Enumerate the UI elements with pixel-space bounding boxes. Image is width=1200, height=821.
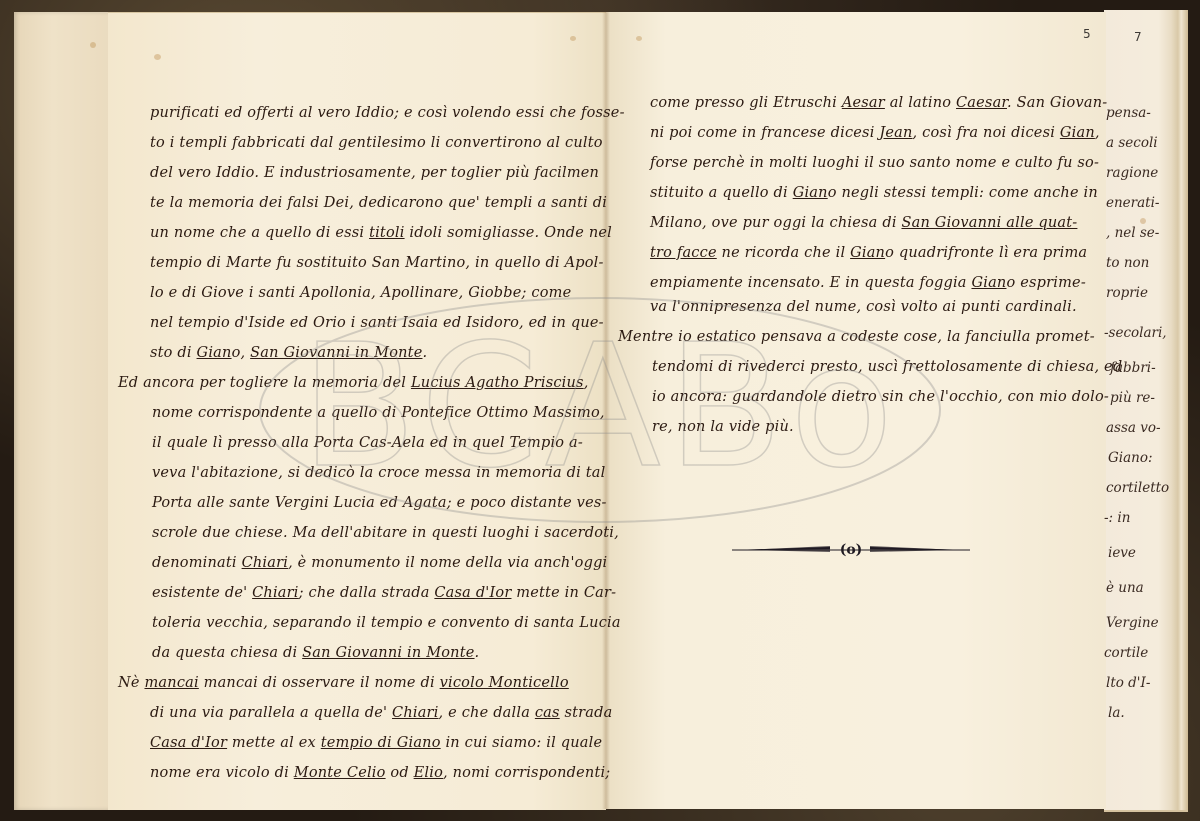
right-page-text-line: tro facce ne ricorda che il Giano quadri…: [650, 245, 1087, 261]
underlay-page-text-line: più re-: [1110, 390, 1155, 406]
foxing-stain: [1140, 218, 1146, 224]
folio-number-right: 7: [1134, 30, 1142, 44]
left-page-text-line: nome era vicolo di Monte Celio od Elio, …: [150, 765, 610, 781]
folio-number-left: 5: [1083, 27, 1091, 41]
underlay-page-text-line: , nel se-: [1106, 225, 1159, 241]
left-page-text-line: te la memoria dei falsi Dei, dedicarono …: [150, 195, 607, 211]
right-page-text-line: Mentre io estatico pensava a codeste cos…: [618, 329, 1095, 345]
right-page-text-line: io ancora: guardandole dietro sin che l'…: [652, 389, 1109, 405]
underlay-page-text-line: Giano:: [1108, 450, 1153, 466]
left-page-text-line: nome corrispondente a quello di Pontefic…: [152, 405, 605, 421]
foxing-stain: [154, 54, 161, 60]
left-page-text-line: purificati ed offerti al vero Iddio; e c…: [150, 105, 625, 121]
underlay-page-text-line: lto d'I-: [1106, 675, 1150, 691]
left-page-text-line: sto di Giano, San Giovanni in Monte.: [150, 345, 427, 361]
right-page-text-line: va l'onnipresenza del nume, così volto a…: [650, 299, 1077, 315]
right-page-text-line: ni poi come in francese dicesi Jean, cos…: [650, 125, 1100, 141]
left-page-text-line: del vero Iddio. E industriosamente, per …: [150, 165, 599, 181]
underlay-page-text-line: cortile: [1104, 645, 1148, 661]
left-page-text-line: lo e di Giove i santi Apollonia, Apollin…: [150, 285, 571, 301]
ornament-center-glyph: (o): [840, 542, 863, 558]
right-page-text-line: empiamente incensato. E in questa foggia…: [650, 275, 1086, 291]
left-page-text-line: un nome che a quello di essi titoli idol…: [150, 225, 612, 241]
underlay-page-text-line: assa vo-: [1106, 420, 1161, 436]
left-page-text-line: Casa d'Ior mette al ex tempio di Giano i…: [150, 735, 602, 751]
underlay-page-text-line: è una: [1106, 580, 1144, 596]
underlay-page-text-line: Vergine: [1106, 615, 1159, 631]
right-page-text-line: come presso gli Etruschi Aesar al latino…: [650, 95, 1107, 111]
underlay-page-text-line: cortiletto: [1106, 480, 1169, 496]
right-page-text-line: forse perchè in molti luoghi il suo sant…: [650, 155, 1099, 171]
foxing-stain: [570, 36, 576, 41]
right-page-text-line: stituito a quello di Giano negli stessi …: [650, 185, 1098, 201]
underlay-page-text-line: la.: [1108, 705, 1125, 721]
right-page-text-line: tendomi di rivederci presto, uscì fretto…: [652, 359, 1122, 375]
underlay-page-text-line: to non: [1106, 255, 1149, 271]
underlay-page-text-line: ragione: [1106, 165, 1158, 181]
left-page-text-line: tempio di Marte fu sostituito San Martin…: [150, 255, 604, 271]
left-page-text-line: denominati Chiari, è monumento il nome d…: [152, 555, 607, 571]
flyleaf: [14, 12, 111, 810]
underlay-page-text-line: a secoli: [1106, 135, 1158, 151]
underlying-page-edge: [1104, 10, 1188, 812]
right-page-text-line: Milano, ove pur oggi la chiesa di San Gi…: [650, 215, 1077, 231]
section-divider-ornament: (o): [730, 538, 972, 558]
left-page-text-line: Porta alle sante Vergini Lucia ed Agata;…: [152, 495, 607, 511]
left-page-text-line: di una via parallela a quella de' Chiari…: [150, 705, 612, 721]
underlay-page-text-line: ieve: [1108, 545, 1136, 561]
left-page-text-line: Ed ancora per togliere la memoria del Lu…: [118, 375, 589, 391]
left-page-text-line: toleria vecchia, separando il tempio e c…: [152, 615, 621, 631]
underlay-page-text-line: -: in: [1104, 510, 1130, 526]
left-page-text-line: il quale lì presso alla Porta Cas-Aela e…: [152, 435, 583, 451]
underlay-page-text-line: enerati-: [1106, 195, 1159, 211]
left-page-text-line: esistente de' Chiari; che dalla strada C…: [152, 585, 616, 601]
left-page-text-line: to i templi fabbricati dal gentilesimo l…: [150, 135, 603, 151]
underlay-page-text-line: pensa-: [1106, 105, 1151, 121]
left-page-text-line: Nè mancai mancai di osservare il nome di…: [118, 675, 569, 691]
left-page-text-line: da questa chiesa di San Giovanni in Mont…: [152, 645, 479, 661]
right-page-text-line: re, non la vide più.: [652, 419, 794, 435]
underlay-page-text-line: -secolari,: [1104, 325, 1167, 341]
foxing-stain: [636, 36, 642, 41]
foxing-stain: [90, 42, 96, 48]
underlay-page-text-line: roprie: [1106, 285, 1148, 301]
left-page-text-line: scrole due chiese. Ma dell'abitare in qu…: [152, 525, 619, 541]
left-page-text-line: nel tempio d'Iside ed Orio i santi Isaia…: [150, 315, 604, 331]
left-page-text-line: veva l'abitazione, si dedicò la croce me…: [152, 465, 605, 481]
